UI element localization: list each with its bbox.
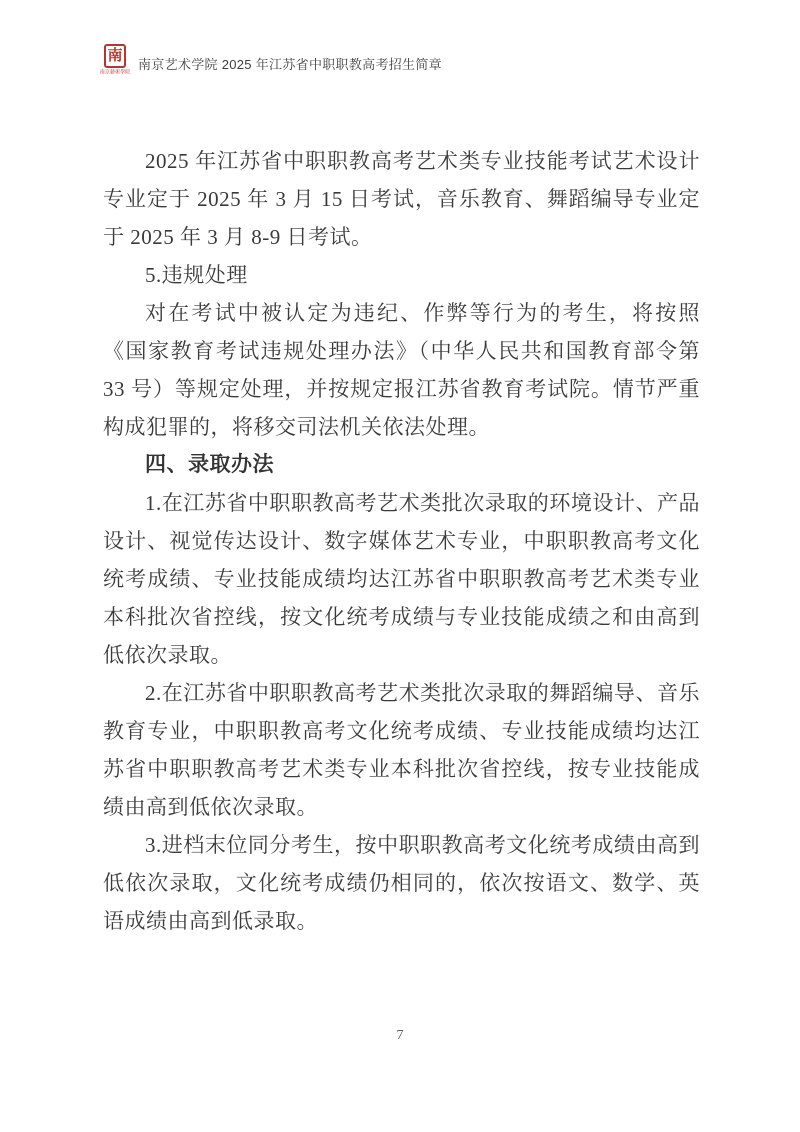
page-footer: 7 bbox=[0, 1028, 800, 1044]
document-body: 2025 年江苏省中职职教高考艺术类专业技能考试艺术设计专业定于 2025 年 … bbox=[103, 142, 700, 940]
institute-logo-caption: 南京藝術學院 bbox=[100, 70, 131, 76]
paragraph-admission-rule-1: 1.在江苏省中职职教高考艺术类批次录取的环境设计、产品设计、视觉传达设计、数字媒… bbox=[103, 484, 700, 674]
document-header-title: 南京艺术学院 2025 年江苏省中职职教高考招生简章 bbox=[138, 54, 442, 73]
page-number: 7 bbox=[397, 1028, 404, 1043]
paragraph-admission-rule-2: 2.在江苏省中职职教高考艺术类批次录取的舞蹈编导、音乐教育专业，中职职教高考文化… bbox=[103, 674, 700, 826]
paragraph-admission-rule-3: 3.进档末位同分考生，按中职职教高考文化统考成绩由高到低依次录取，文化统考成绩仍… bbox=[103, 826, 700, 940]
subheading-violation-handling: 5.违规处理 bbox=[103, 256, 700, 294]
section-heading-admission-method: 四、录取办法 bbox=[103, 446, 700, 484]
document-page: 南 南京藝術學院 南京艺术学院 2025 年江苏省中职职教高考招生简章 2025… bbox=[0, 0, 800, 1132]
page-header: 南 南京藝術學院 南京艺术学院 2025 年江苏省中职职教高考招生简章 bbox=[100, 44, 700, 77]
paragraph-violation-handling: 对在考试中被认定为违纪、作弊等行为的考生，将按照《国家教育考试违规处理办法》（中… bbox=[103, 294, 700, 446]
institute-seal-icon: 南 bbox=[104, 44, 126, 68]
paragraph-exam-dates: 2025 年江苏省中职职教高考艺术类专业技能考试艺术设计专业定于 2025 年 … bbox=[103, 142, 700, 256]
institute-logo: 南 南京藝術學院 bbox=[100, 44, 130, 77]
